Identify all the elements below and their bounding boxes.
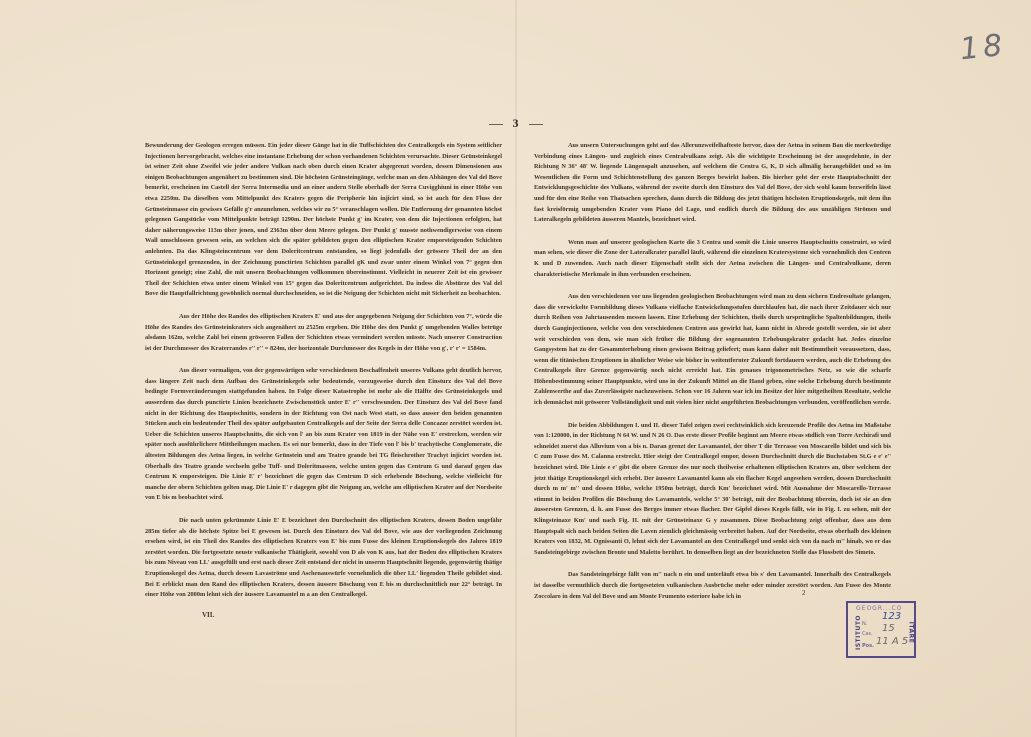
library-stamp: GEOGR...CO ISTITUTO ITARE N. Cas. Pos. 1…: [846, 601, 916, 658]
stamp-left-text: ISTITUTO: [855, 615, 862, 650]
handwritten-folio-number: 18: [958, 28, 1008, 68]
stamp-right-text: ITARE: [908, 622, 915, 644]
stamp-value-cas: 15: [882, 623, 895, 634]
right-paragraph-5: Das Sandsteingebirge fällt von m'' nach …: [534, 570, 891, 602]
left-paragraph-2: Aus der Höhe des Randes des elliptischen…: [145, 312, 502, 354]
left-text-column: Bewunderung der Geologen erregen müssen.…: [145, 141, 502, 620]
left-paragraph-1: Bewunderung der Geologen erregen müssen.…: [145, 141, 502, 300]
header-dash-left: [489, 124, 503, 125]
stamp-row-label-cas: Cas.: [862, 631, 873, 637]
right-text-column: Aus unsern Untersuchungen geht auf das A…: [534, 141, 891, 614]
sheet-signature: 2: [802, 589, 806, 597]
right-paragraph-4: Die beiden Abbildungen I. und II. dieser…: [534, 421, 891, 559]
stamp-value-n: 123: [882, 611, 901, 622]
plate-signature: VII.: [202, 610, 502, 621]
page-header: 3: [0, 116, 1031, 131]
stamp-value-pos: 11 A 5: [876, 636, 908, 647]
stamp-row-label-pos: Pos.: [862, 643, 874, 649]
page-number: 3: [513, 116, 519, 130]
document-page: 18 3 Bewunderung der Geologen erregen mü…: [0, 0, 1031, 737]
page-fold: [515, 0, 517, 737]
stamp-row-label-n: N.: [862, 621, 867, 627]
right-paragraph-3: Aus den verschiedenen vor uns liegenden …: [534, 292, 891, 409]
right-paragraph-2: Wenn man auf unserer geologischen Karte …: [534, 238, 891, 280]
header-dash-right: [529, 124, 543, 125]
left-paragraph-4: Die nach unten gekrümmte Linie E' E beze…: [145, 516, 502, 601]
right-paragraph-1: Aus unsern Untersuchungen geht auf das A…: [534, 141, 891, 226]
left-paragraph-3: Aus dieser vormaligen, von der gegenwärt…: [145, 366, 502, 504]
